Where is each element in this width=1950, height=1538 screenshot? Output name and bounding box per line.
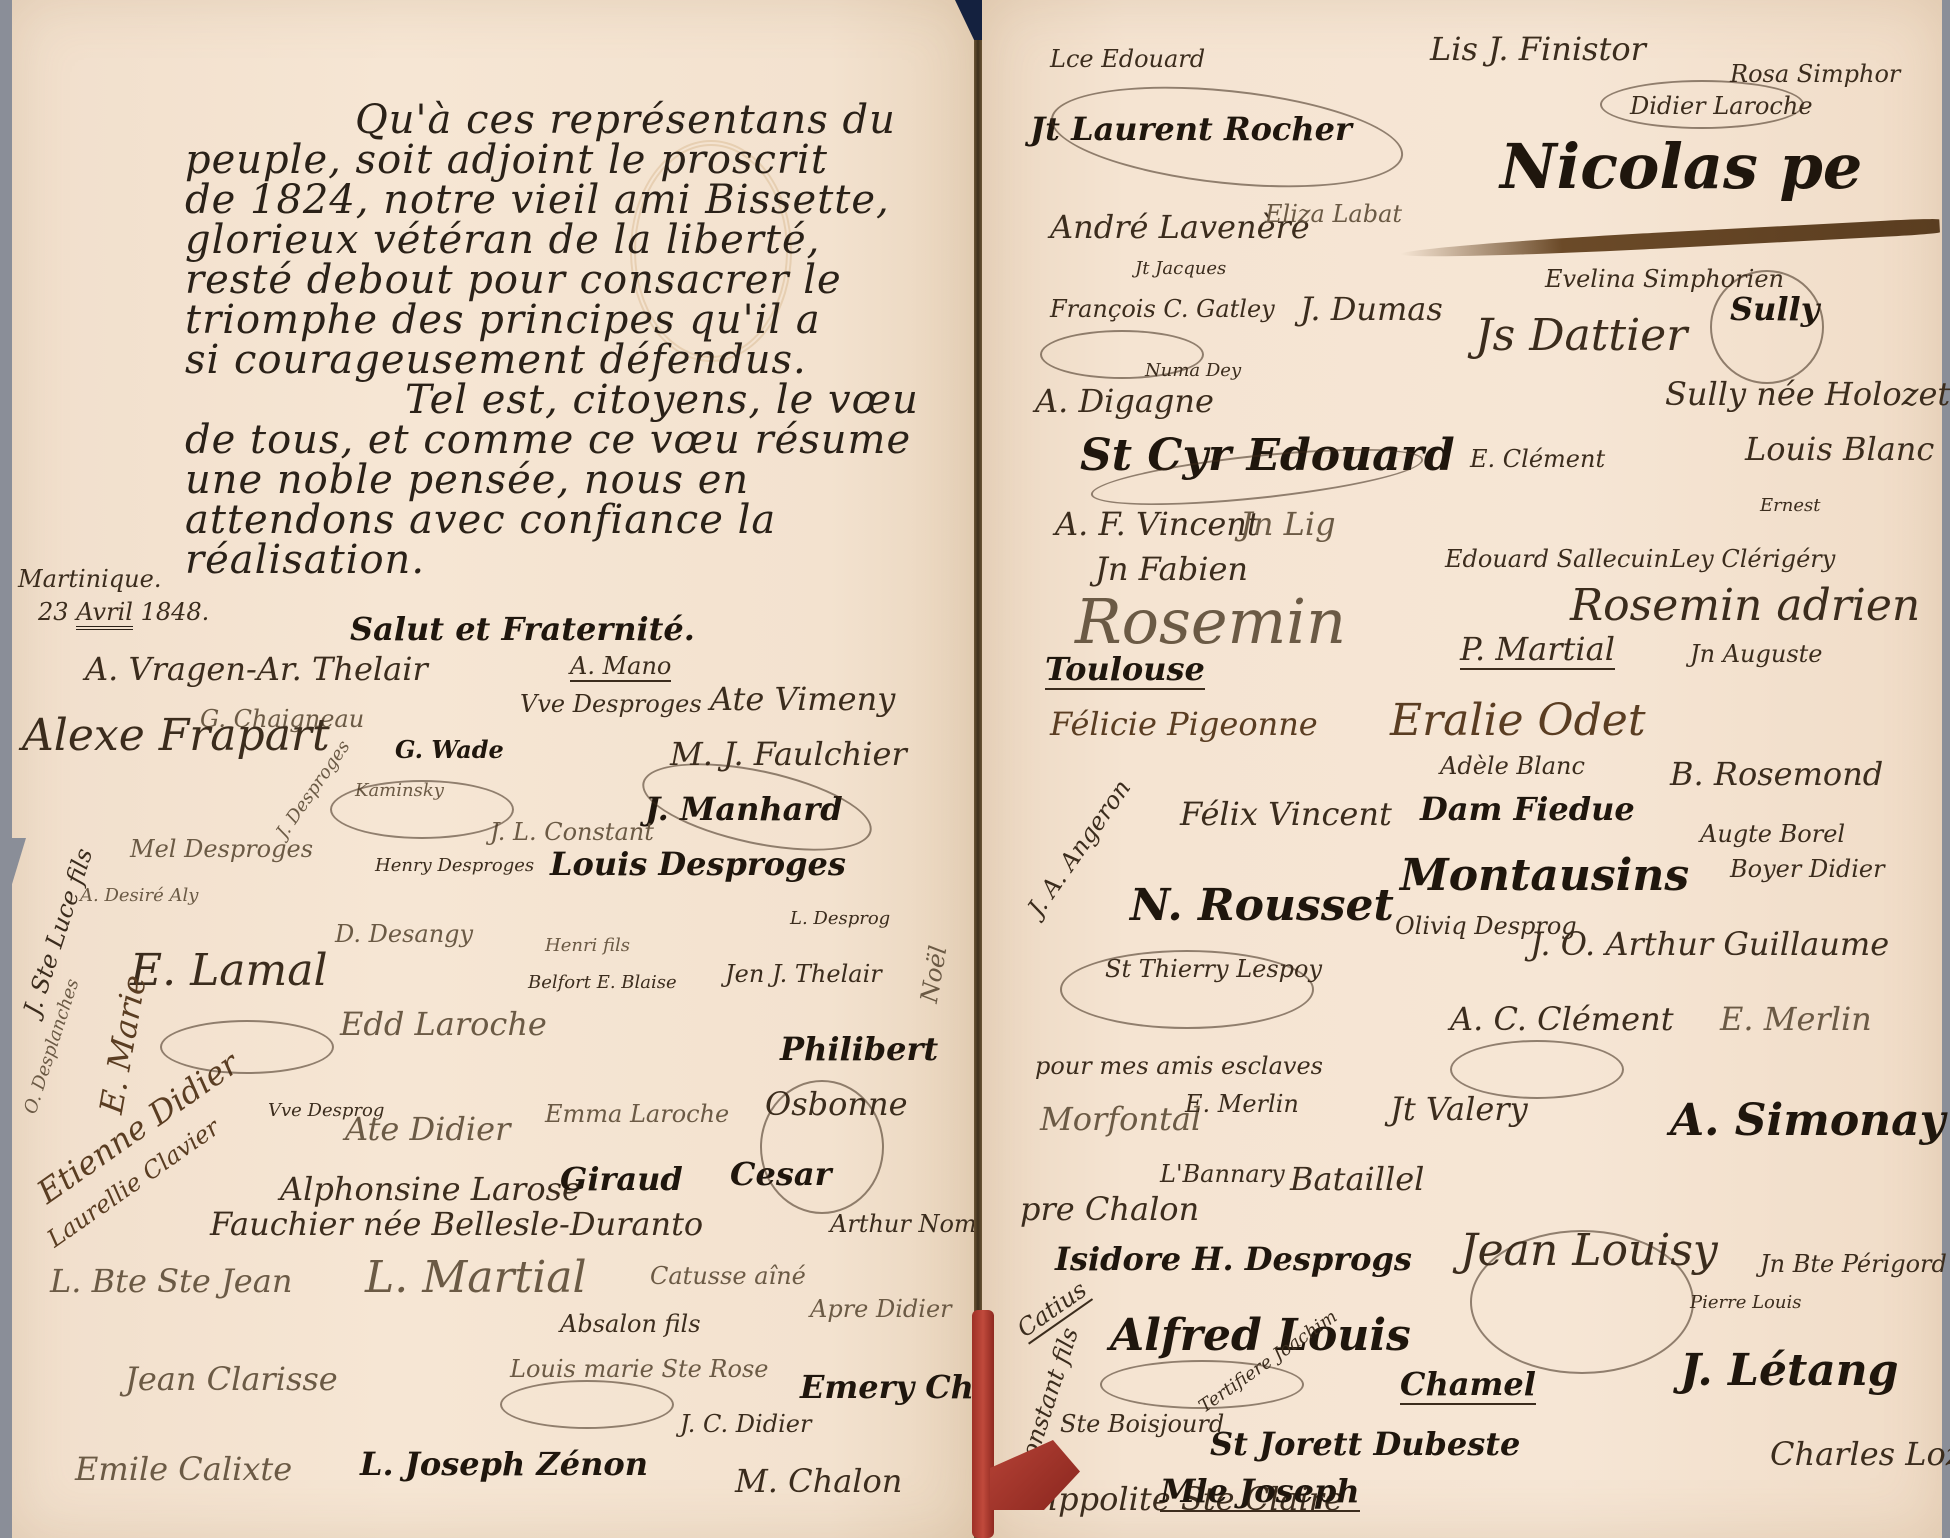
signature: L. Bte Ste Jean: [50, 1262, 292, 1300]
signature: pre Chalon: [1020, 1190, 1199, 1228]
signature: Catusse aîné: [650, 1262, 806, 1290]
signature: Chamel: [1400, 1365, 1536, 1405]
signature: N. Rousset: [1130, 880, 1394, 931]
closing-salutation: Salut et Fraternité.: [350, 610, 695, 648]
letter-line-9: de tous, et comme ce vœu résume: [185, 420, 975, 460]
signature: J. Dumas: [1300, 290, 1443, 328]
signature: G. Wade: [395, 735, 504, 764]
signature: Montausins: [1400, 850, 1689, 901]
signature: Toulouse: [1045, 650, 1205, 690]
letter-line-7: si courageusement défendus.: [185, 340, 975, 380]
signature-flourish: [1040, 330, 1204, 379]
signature: A. C. Clément: [1450, 1000, 1674, 1038]
signature: Absalon fils: [560, 1310, 701, 1338]
signature-flourish: [160, 1020, 334, 1074]
signature: A. Simonay: [1670, 1095, 1945, 1146]
signature: M. Chalon: [735, 1462, 902, 1500]
date-day: 23: [38, 598, 69, 626]
signature: Jn Fabien: [1095, 550, 1248, 588]
signature: Louis marie Ste Rose: [510, 1355, 768, 1383]
signature: Henry Desproges: [375, 855, 534, 876]
letter-line-8: Tel est, citoyens, le vœu: [185, 380, 975, 420]
signature: Lis J. Finistor: [1430, 30, 1646, 68]
signature: J. C. Didier: [680, 1410, 811, 1438]
letter-line-6: triomphe des principes qu'il a: [185, 300, 975, 340]
signature: E. Lamal: [130, 945, 328, 996]
signature-flourish: [1470, 1230, 1694, 1374]
signature: Bataillel: [1290, 1160, 1424, 1198]
letter-line-3: de 1824, notre vieil ami Bissette,: [185, 180, 975, 220]
signature: Dam Fiedue: [1420, 790, 1635, 828]
signature: L. Desprog: [790, 908, 890, 929]
signature: Edouard Sallecuin: [1445, 545, 1669, 573]
letter-line-12: réalisation.: [185, 540, 975, 580]
date-label: 23 Avril 1848.: [38, 598, 209, 626]
signature: Arthur Nom: [830, 1210, 977, 1238]
signature: L. Martial: [365, 1252, 587, 1303]
signature: Lce Edouard: [1050, 45, 1205, 73]
signature: Fauchier née Bellesle-Duranto: [210, 1205, 703, 1243]
signature: Nicolas pe: [1500, 130, 1862, 203]
signature: Emma Laroche: [545, 1100, 729, 1128]
signature: Ate Didier: [345, 1110, 510, 1148]
date-year: 1848.: [141, 598, 210, 626]
signature: Jn Auguste: [1690, 640, 1822, 668]
signature: Charles Loz: [1770, 1435, 1950, 1473]
document-spread: Qu'à ces représentans du peuple, soit ad…: [0, 0, 1950, 1538]
letter-line-2: peuple, soit adjoint le proscrit: [185, 140, 975, 180]
signature: Augte Borel: [1700, 820, 1845, 848]
signature: Adèle Blanc: [1440, 752, 1585, 780]
signature: Giraud: [560, 1160, 683, 1198]
signature: François C. Gatley: [1050, 295, 1275, 323]
signature-flourish: [1100, 1360, 1304, 1409]
signature: Félix Vincent: [1180, 795, 1392, 833]
signature-flourish: [760, 1080, 884, 1214]
petition-letter-text: Qu'à ces représentans du peuple, soit ad…: [185, 100, 975, 580]
letter-line-4: glorieux vétéran de la liberté,: [185, 220, 975, 260]
signature: L. Joseph Zénon: [360, 1445, 648, 1483]
signature: E. Merlin: [1185, 1090, 1299, 1118]
signature: E. Clément: [1470, 445, 1605, 473]
annotation-note: pour mes amis esclaves: [1035, 1052, 1323, 1080]
signature: Ernest: [1760, 495, 1820, 516]
signature: Louis Desproges: [550, 845, 846, 883]
signature: Belfort E. Blaise: [528, 972, 677, 993]
signature: Alphonsine Larose: [280, 1170, 581, 1208]
signature: Alexe Frapart: [22, 710, 330, 761]
signature: Sully née Holozet: [1665, 375, 1950, 413]
signature: A. Vragen-Ar. Thelair: [85, 650, 428, 688]
signature: Jt Jacques: [1135, 258, 1226, 279]
signature: Eliza Labat: [1265, 200, 1402, 228]
signature: Jen J. Thelair: [725, 960, 882, 988]
signature: B. Rosemond: [1670, 755, 1883, 793]
signature: Rosemin adrien: [1570, 580, 1920, 631]
signature: Mle Joseph: [1160, 1472, 1360, 1512]
signature: P. Martial: [1460, 630, 1615, 670]
letter-line-10: une noble pensée, nous en: [185, 460, 975, 500]
signature-flourish: [330, 780, 514, 839]
signature: Morfontal: [1040, 1100, 1201, 1138]
signature: Boyer Didier: [1730, 855, 1885, 883]
signature: D. Desangy: [335, 920, 473, 948]
signature: Emile Calixte: [75, 1450, 292, 1488]
signature: Louis Blanc: [1745, 430, 1934, 468]
signature: Jn Lig: [1240, 505, 1336, 543]
signature: Henri fils: [545, 935, 630, 956]
signature: Ate Vimeny: [710, 680, 895, 718]
signature: A. Mano: [570, 652, 671, 682]
signature-flourish: [500, 1380, 674, 1429]
signature: Mel Desproges: [130, 835, 313, 863]
signature: Edd Laroche: [340, 1005, 547, 1043]
date-month: Avril: [76, 598, 133, 630]
signature: E. Merlin: [1720, 1000, 1872, 1038]
signature: Pierre Louis: [1690, 1292, 1801, 1313]
signature-flourish: [1450, 1040, 1624, 1099]
signature: St Jorett Dubeste: [1210, 1425, 1520, 1463]
signature: J. L. Constant: [490, 818, 654, 846]
signature: Eralie Odet: [1390, 695, 1646, 746]
signature: Apre Didier: [810, 1295, 952, 1323]
letter-line-11: attendons avec confiance la: [185, 500, 975, 540]
signature-flourish: [1060, 950, 1314, 1029]
signature: Philibert: [780, 1030, 938, 1068]
place-label: Martinique.: [18, 565, 161, 593]
letter-line-1: Qu'à ces représentans du: [185, 100, 975, 140]
signature: Rosemin: [1075, 585, 1346, 658]
signature: Félicie Pigeonne: [1050, 705, 1318, 743]
signature: J. O. Arthur Guillaume: [1530, 925, 1889, 963]
signature: Jn Bte Périgord: [1760, 1250, 1947, 1278]
letter-line-5: resté debout pour consacrer le: [185, 260, 975, 300]
signature: Vve Desproges: [520, 690, 702, 718]
signature: A. Digagne: [1035, 382, 1214, 420]
signature: L'Bannary: [1160, 1160, 1285, 1188]
signature: Js Dattier: [1475, 310, 1687, 361]
signature: Ste Boisjourd: [1060, 1410, 1224, 1438]
signature: Isidore H. Desprogs: [1055, 1240, 1412, 1278]
signature: Ley Clérigéry: [1670, 545, 1835, 573]
signature: J. Létang: [1680, 1345, 1899, 1396]
signature: A. F. Vincent: [1055, 505, 1260, 543]
signature-flourish: [1710, 270, 1824, 384]
signature: A. Desiré Aly: [80, 885, 198, 906]
signature-flourish: [1600, 80, 1804, 129]
signature: Jean Clarisse: [125, 1360, 338, 1398]
